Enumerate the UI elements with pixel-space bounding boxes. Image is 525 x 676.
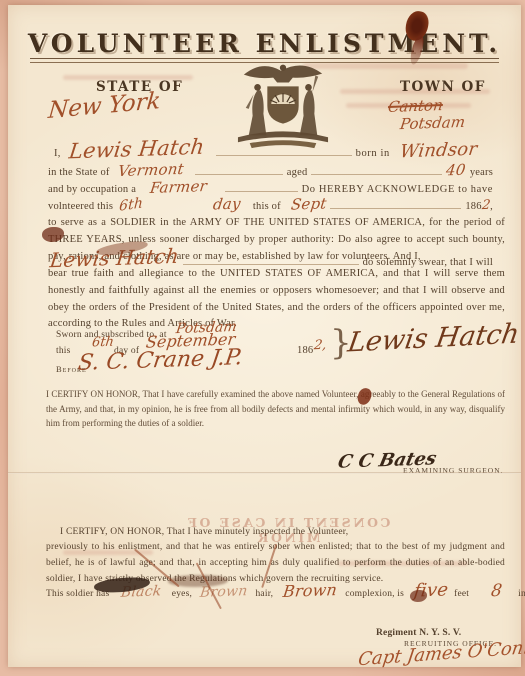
- occupation-label: and by occupation a: [48, 181, 136, 198]
- hair-label: hair,: [255, 586, 273, 603]
- enlistment-line-date: volnteered this 6th day this of Sept 186…: [48, 197, 493, 215]
- day-word-handwritten: day: [212, 196, 241, 212]
- complexion-label: complexion, is: [345, 586, 404, 603]
- this-of-label: this of: [253, 198, 281, 215]
- volunteer-name-handwritten: Lewis Hatch: [67, 137, 205, 163]
- town-crossed-out-value: Canton: [387, 98, 444, 115]
- born-in-label: born in: [356, 145, 390, 162]
- sworn-day-handwritten: 6th: [91, 336, 114, 350]
- blank-rule: [183, 253, 359, 265]
- new-york-coat-of-arms-emblem: [224, 57, 342, 151]
- aged-label: aged: [287, 164, 308, 181]
- recruiting-officer-signature: Capt James O'Conn: [357, 639, 525, 670]
- enlistment-line-name: I, Lewis Hatch born in Windsor: [54, 139, 491, 162]
- blank-rule: [311, 163, 442, 175]
- day-number-handwritten: 6th: [119, 196, 144, 214]
- age-handwritten: 40: [445, 163, 466, 179]
- sworn-year-digit-handwritten: 2,: [313, 339, 327, 352]
- enlistment-line-occupation: and by occupation a Farmer Do HEREBY ACK…: [48, 180, 493, 198]
- sworn-year-printed: 186: [297, 342, 313, 359]
- height-inches-handwritten: 8: [490, 583, 503, 600]
- blank-rule: [330, 197, 461, 209]
- i-label: I,: [54, 145, 61, 162]
- month-handwritten: Sept: [290, 196, 327, 212]
- town-of-label: TOWN OF: [400, 79, 486, 95]
- blank-rule: [216, 144, 352, 156]
- year-printed: 186: [465, 198, 481, 215]
- sworn-this-label: this: [56, 343, 71, 360]
- form-title: VOLUNTEER ENLISTMENT.: [8, 29, 521, 58]
- volunteer-signature: Lewis Hatch: [346, 320, 521, 356]
- volunteered-this-label: volnteered this: [48, 198, 113, 215]
- surgeon-certificate-paragraph: I CERTIFY ON HONOR, That I have carefull…: [46, 387, 505, 431]
- birth-state-handwritten: Vermont: [117, 162, 185, 179]
- justice-of-peace-signature: S. C. Crane J.P.: [76, 347, 243, 375]
- enlistment-form-page: VOLUNTEER ENLISTMENT. STATE OF TOWN OF: [8, 5, 521, 667]
- eyes-label: eyes,: [172, 586, 192, 603]
- inches-high-label: inches high,: [518, 586, 525, 603]
- year-digit-handwritten: 2: [481, 199, 491, 212]
- blank-rule: [195, 163, 282, 175]
- birthplace-handwritten: Windsor: [399, 141, 478, 162]
- feet-label: feet: [454, 586, 469, 603]
- years-label: years: [470, 164, 493, 181]
- state-handwritten-value: New York: [47, 90, 161, 123]
- acknowledge-label: Do HEREBY ACKNOWLEDGE to have: [302, 181, 493, 198]
- blank-rule: [225, 180, 298, 192]
- fold-crease: [8, 472, 521, 474]
- complexion-handwritten: Brown: [282, 582, 338, 600]
- town-handwritten-value: Potsdam: [399, 115, 466, 132]
- occupation-handwritten: Farmer: [149, 179, 208, 196]
- scanned-document: VOLUNTEER ENLISTMENT. STATE OF TOWN OF: [0, 0, 525, 676]
- spacer: [506, 585, 514, 596]
- enlistment-line-state-age: in the State of Vermont aged 40 years: [48, 163, 493, 181]
- state-of-inline-label: in the State of: [48, 164, 110, 181]
